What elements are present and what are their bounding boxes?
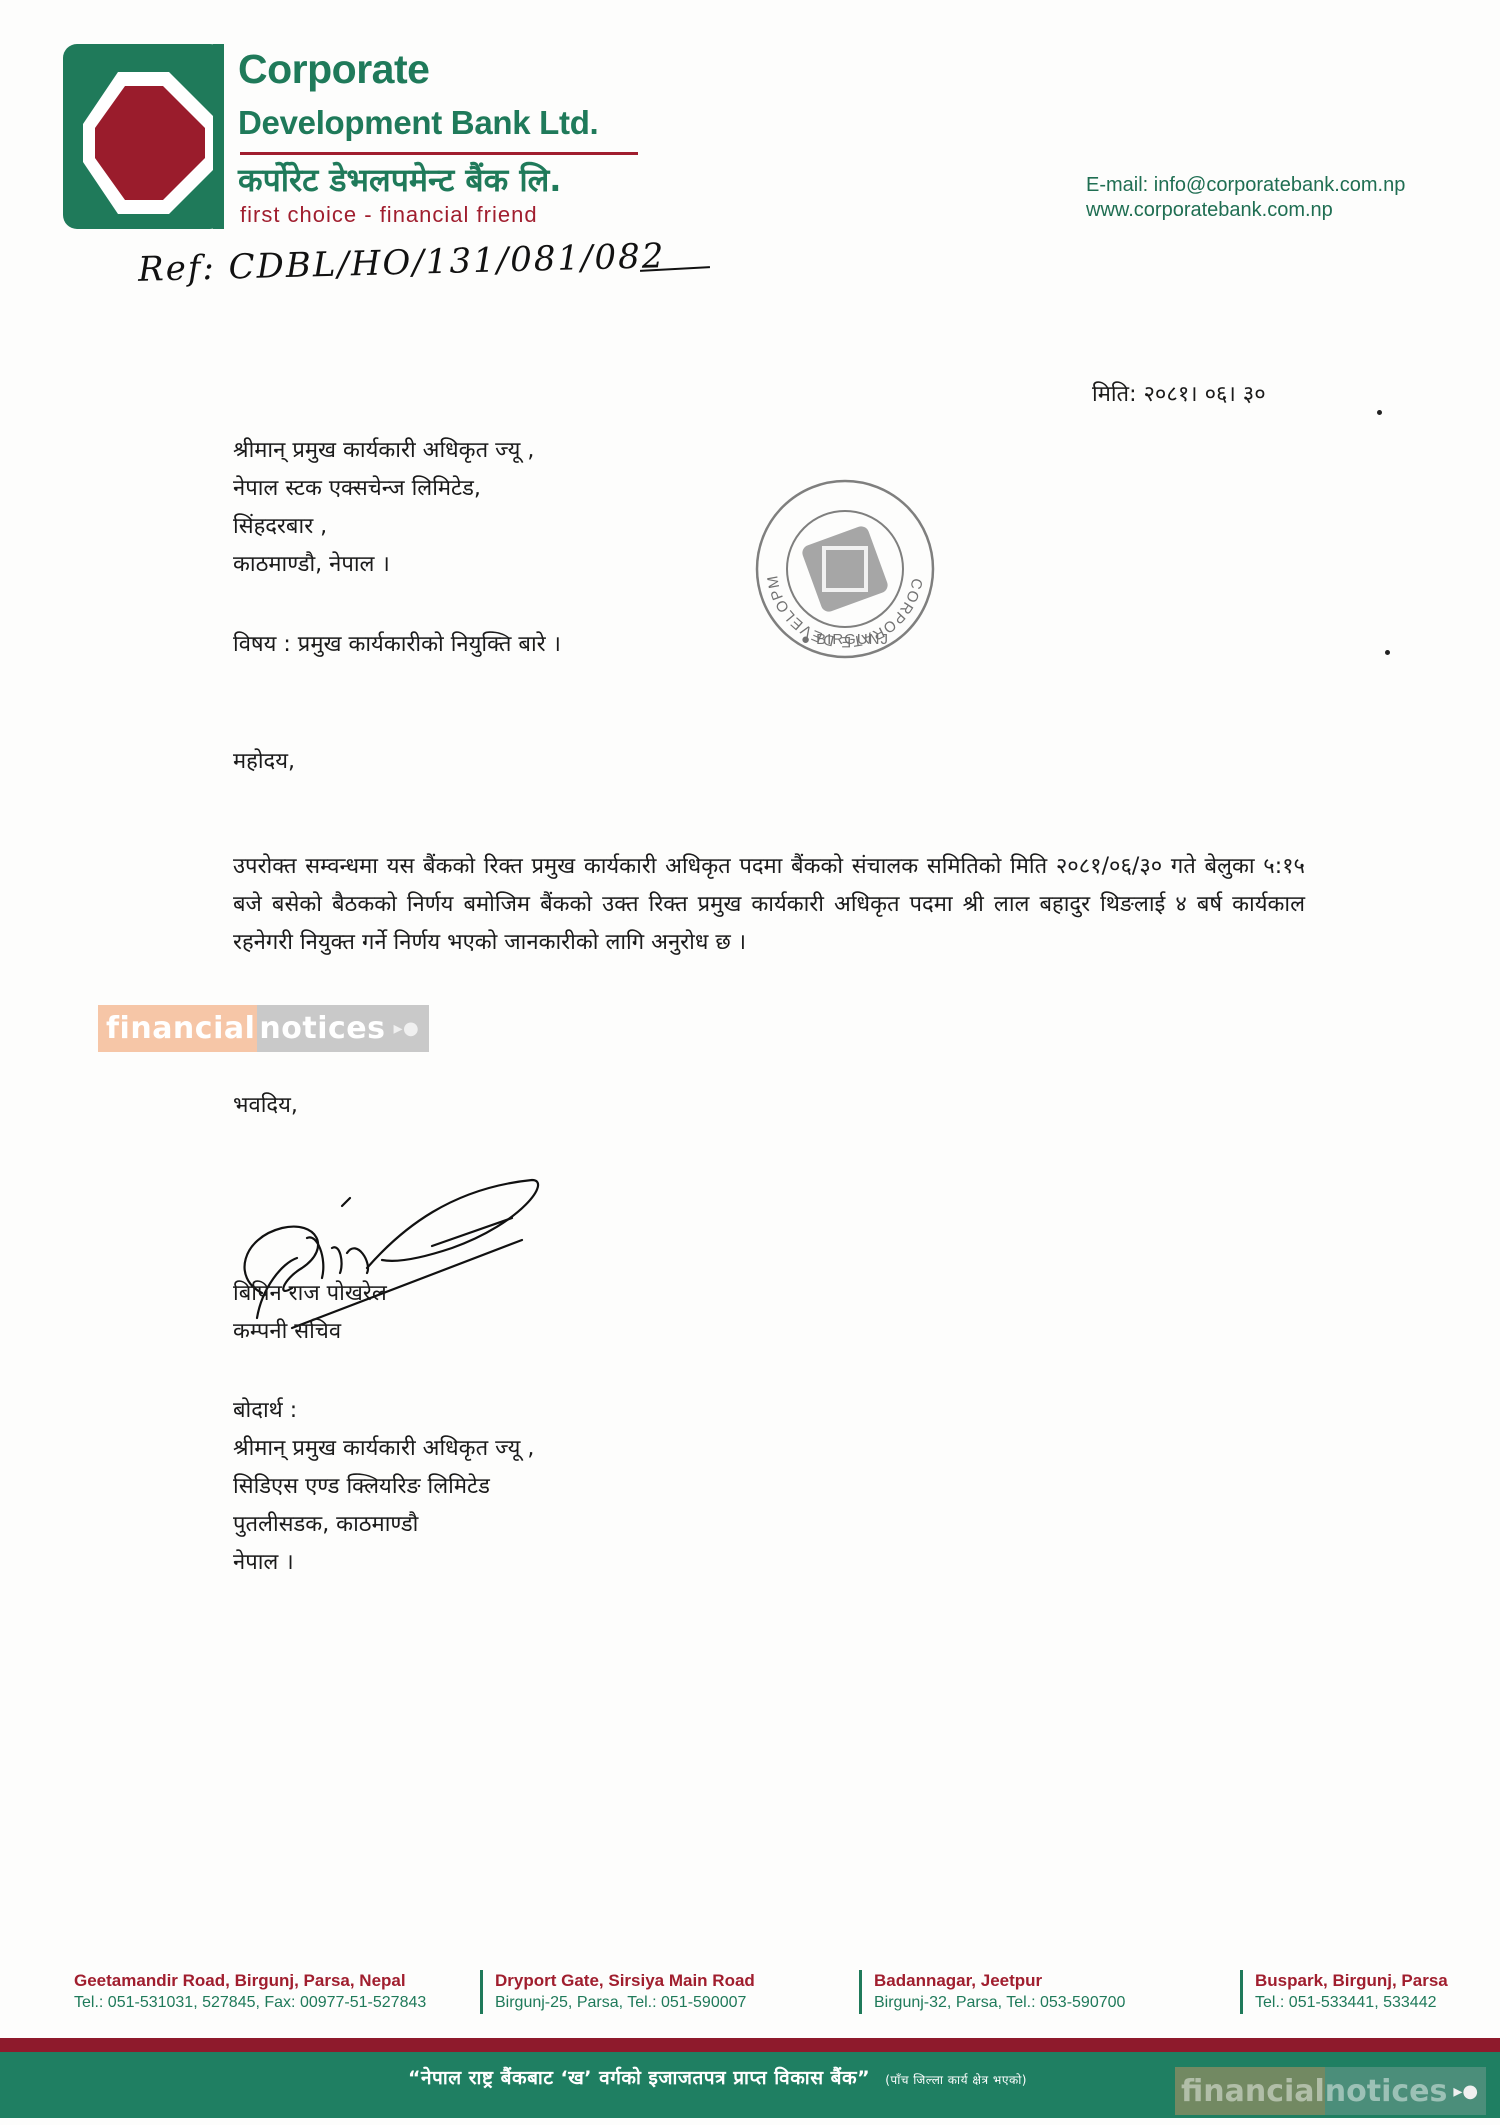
branch-title: Buspark, Birgunj, Parsa bbox=[1255, 1970, 1448, 1992]
bank-name: Corporate bbox=[238, 44, 429, 94]
letter-date: मिति: २०८१। ०६। ३० bbox=[1092, 376, 1266, 414]
financialnotices-watermark: financial notices▸● bbox=[98, 1005, 429, 1052]
bank-name-sub: Development Bank Ltd. bbox=[238, 102, 598, 144]
reference-number: Ref: CDBL/HO/131/081/082 bbox=[138, 236, 666, 290]
footer-branch-geetamandir: Geetamandir Road, Birgunj, Parsa, Nepal … bbox=[74, 1970, 426, 2014]
signatory-title: कम्पनी सचिव bbox=[233, 1313, 387, 1351]
bank-seal-stamp: CORPORATE DEVELOPMENT BANK LTD. ● ● BIRG… bbox=[752, 476, 938, 662]
recipient-line: नेपाल स्टक एक्सचेन्ज लिमिटेड, bbox=[233, 470, 534, 508]
recipient-line: श्रीमान् प्रमुख कार्यकारी अधिकृत ज्यू , bbox=[233, 432, 534, 470]
contact-info: E-mail: info@corporatebank.com.np www.co… bbox=[1086, 173, 1405, 223]
motto-text: “नेपाल राष्ट्र बैंकबाट ‘ख’ वर्गको इजाजतप… bbox=[408, 2067, 870, 2089]
branch-title: Dryport Gate, Sirsiya Main Road bbox=[495, 1970, 755, 1992]
cc-line: नेपाल । bbox=[233, 1544, 534, 1582]
branch-detail: Tel.: 051-533441, 533442 bbox=[1255, 1992, 1448, 2014]
recipient-address: श्रीमान् प्रमुख कार्यकारी अधिकृत ज्यू , … bbox=[233, 432, 534, 584]
scan-speck bbox=[1385, 650, 1390, 655]
watermark-part1: financial bbox=[1175, 2067, 1325, 2115]
cc-block: बोदार्थ : श्रीमान् प्रमुख कार्यकारी अधिक… bbox=[233, 1392, 534, 1582]
svg-text:● BIRGUNJ: ● BIRGUNJ bbox=[801, 631, 889, 648]
octagon-logo-icon bbox=[63, 44, 224, 229]
branch-detail: Birgunj-32, Parsa, Tel.: 053-590700 bbox=[874, 1992, 1125, 2014]
motto-note: (पाँच जिल्ला कार्य क्षेत्र भएको) bbox=[885, 2073, 1027, 2087]
footer-motto: “नेपाल राष्ट्र बैंकबाट ‘ख’ वर्गको इजाजतप… bbox=[408, 2064, 1027, 2090]
salutation: महोदय, bbox=[233, 743, 295, 781]
letter-subject: विषय : प्रमुख कार्यकारीको नियुक्ति बारे … bbox=[233, 626, 561, 664]
scan-speck bbox=[1377, 410, 1382, 415]
body-paragraph: उपरोक्त सम्वन्धमा यस बैंकको रिक्त प्रमुख… bbox=[233, 848, 1305, 962]
closing: भवदिय, bbox=[233, 1087, 298, 1125]
play-apple-icon: ▸● bbox=[1453, 2081, 1478, 2102]
footer-maroon-band bbox=[0, 2038, 1500, 2052]
signatory-name: बिपिन राज पोखरेल bbox=[233, 1275, 387, 1313]
branch-title: Badannagar, Jeetpur bbox=[874, 1970, 1125, 1992]
play-apple-icon: ▸● bbox=[393, 1018, 419, 1039]
signatory-block: बिपिन राज पोखरेल कम्पनी सचिव bbox=[233, 1275, 387, 1351]
recipient-line: सिंहदरबार , bbox=[233, 508, 534, 546]
branch-detail: Birgunj-25, Parsa, Tel.: 051-590007 bbox=[495, 1992, 755, 2014]
watermark-part2: notices bbox=[259, 1011, 385, 1046]
cc-line: सिडिएस एण्ड क्लियरिङ लिमिटेड bbox=[233, 1468, 534, 1506]
email-link[interactable]: E-mail: info@corporatebank.com.np bbox=[1086, 173, 1405, 198]
watermark-part1: financial bbox=[98, 1005, 257, 1052]
cc-line: श्रीमान् प्रमुख कार्यकारी अधिकृत ज्यू , bbox=[233, 1430, 534, 1468]
footer-branch-badannagar: Badannagar, Jeetpur Birgunj-32, Parsa, T… bbox=[859, 1970, 1125, 2014]
brand-divider bbox=[240, 152, 638, 155]
branch-detail: Tel.: 051-531031, 527845, Fax: 00977-51-… bbox=[74, 1992, 426, 2014]
footer-watermark: financial notices▸● bbox=[1175, 2067, 1486, 2115]
cc-label: बोदार्थ : bbox=[233, 1392, 534, 1430]
watermark-part2: notices bbox=[1325, 2074, 1448, 2109]
recipient-line: काठमाण्डौ, नेपाल । bbox=[233, 546, 534, 584]
website-link[interactable]: www.corporatebank.com.np bbox=[1086, 198, 1405, 223]
bank-logo bbox=[63, 44, 224, 229]
footer-branch-dryport: Dryport Gate, Sirsiya Main Road Birgunj-… bbox=[480, 1970, 755, 2014]
cc-line: पुतलीसडक, काठमाण्डौ bbox=[233, 1506, 534, 1544]
footer-branch-buspark: Buspark, Birgunj, Parsa Tel.: 051-533441… bbox=[1240, 1970, 1448, 2014]
bank-tagline: first choice - financial friend bbox=[240, 202, 538, 228]
bank-name-nepali: कर्पोरेट डेभलपमेन्ट बैंक लि. bbox=[238, 158, 561, 202]
branch-title: Geetamandir Road, Birgunj, Parsa, Nepal bbox=[74, 1970, 426, 1992]
